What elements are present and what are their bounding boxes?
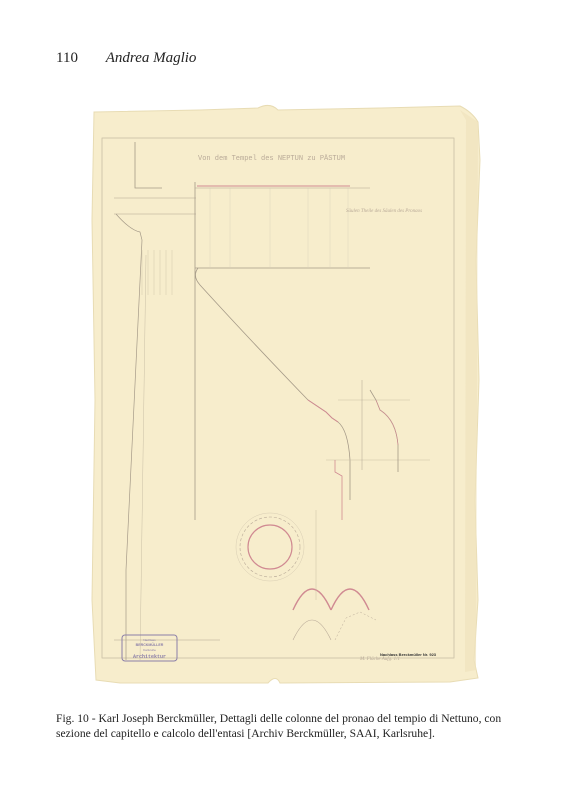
inventory-label: Nachlass Berckmüller Nr. 923	[380, 652, 437, 657]
scale-note: M. Fläche Aufg. 1/1	[359, 657, 400, 662]
svg-text:Architektur: Architektur	[133, 654, 166, 660]
running-head: 110 Andrea Maglio	[56, 50, 196, 67]
running-head-author: Andrea Maglio	[106, 50, 197, 66]
page-number: 110	[56, 50, 102, 67]
svg-text:Karlsruhe: Karlsruhe	[143, 648, 156, 652]
drawing-title: Von dem Tempel des NEPTUN zu PÄSTUM	[198, 154, 345, 163]
svg-text:Nachlass: Nachlass	[143, 638, 156, 642]
svg-text:BERCKMÜLLER: BERCKMÜLLER	[136, 642, 164, 647]
figure-drawing: Von dem Tempel des NEPTUN zu PÄSTUM	[80, 100, 540, 695]
figure-caption: Fig. 10 - Karl Joseph Berckmüller, Detta…	[56, 711, 521, 741]
paper-sheet	[92, 105, 480, 683]
side-note: Säulen Theile des Säulen des Pronaos	[346, 209, 422, 214]
architectural-drawing: Von dem Tempel des NEPTUN zu PÄSTUM	[80, 100, 540, 695]
